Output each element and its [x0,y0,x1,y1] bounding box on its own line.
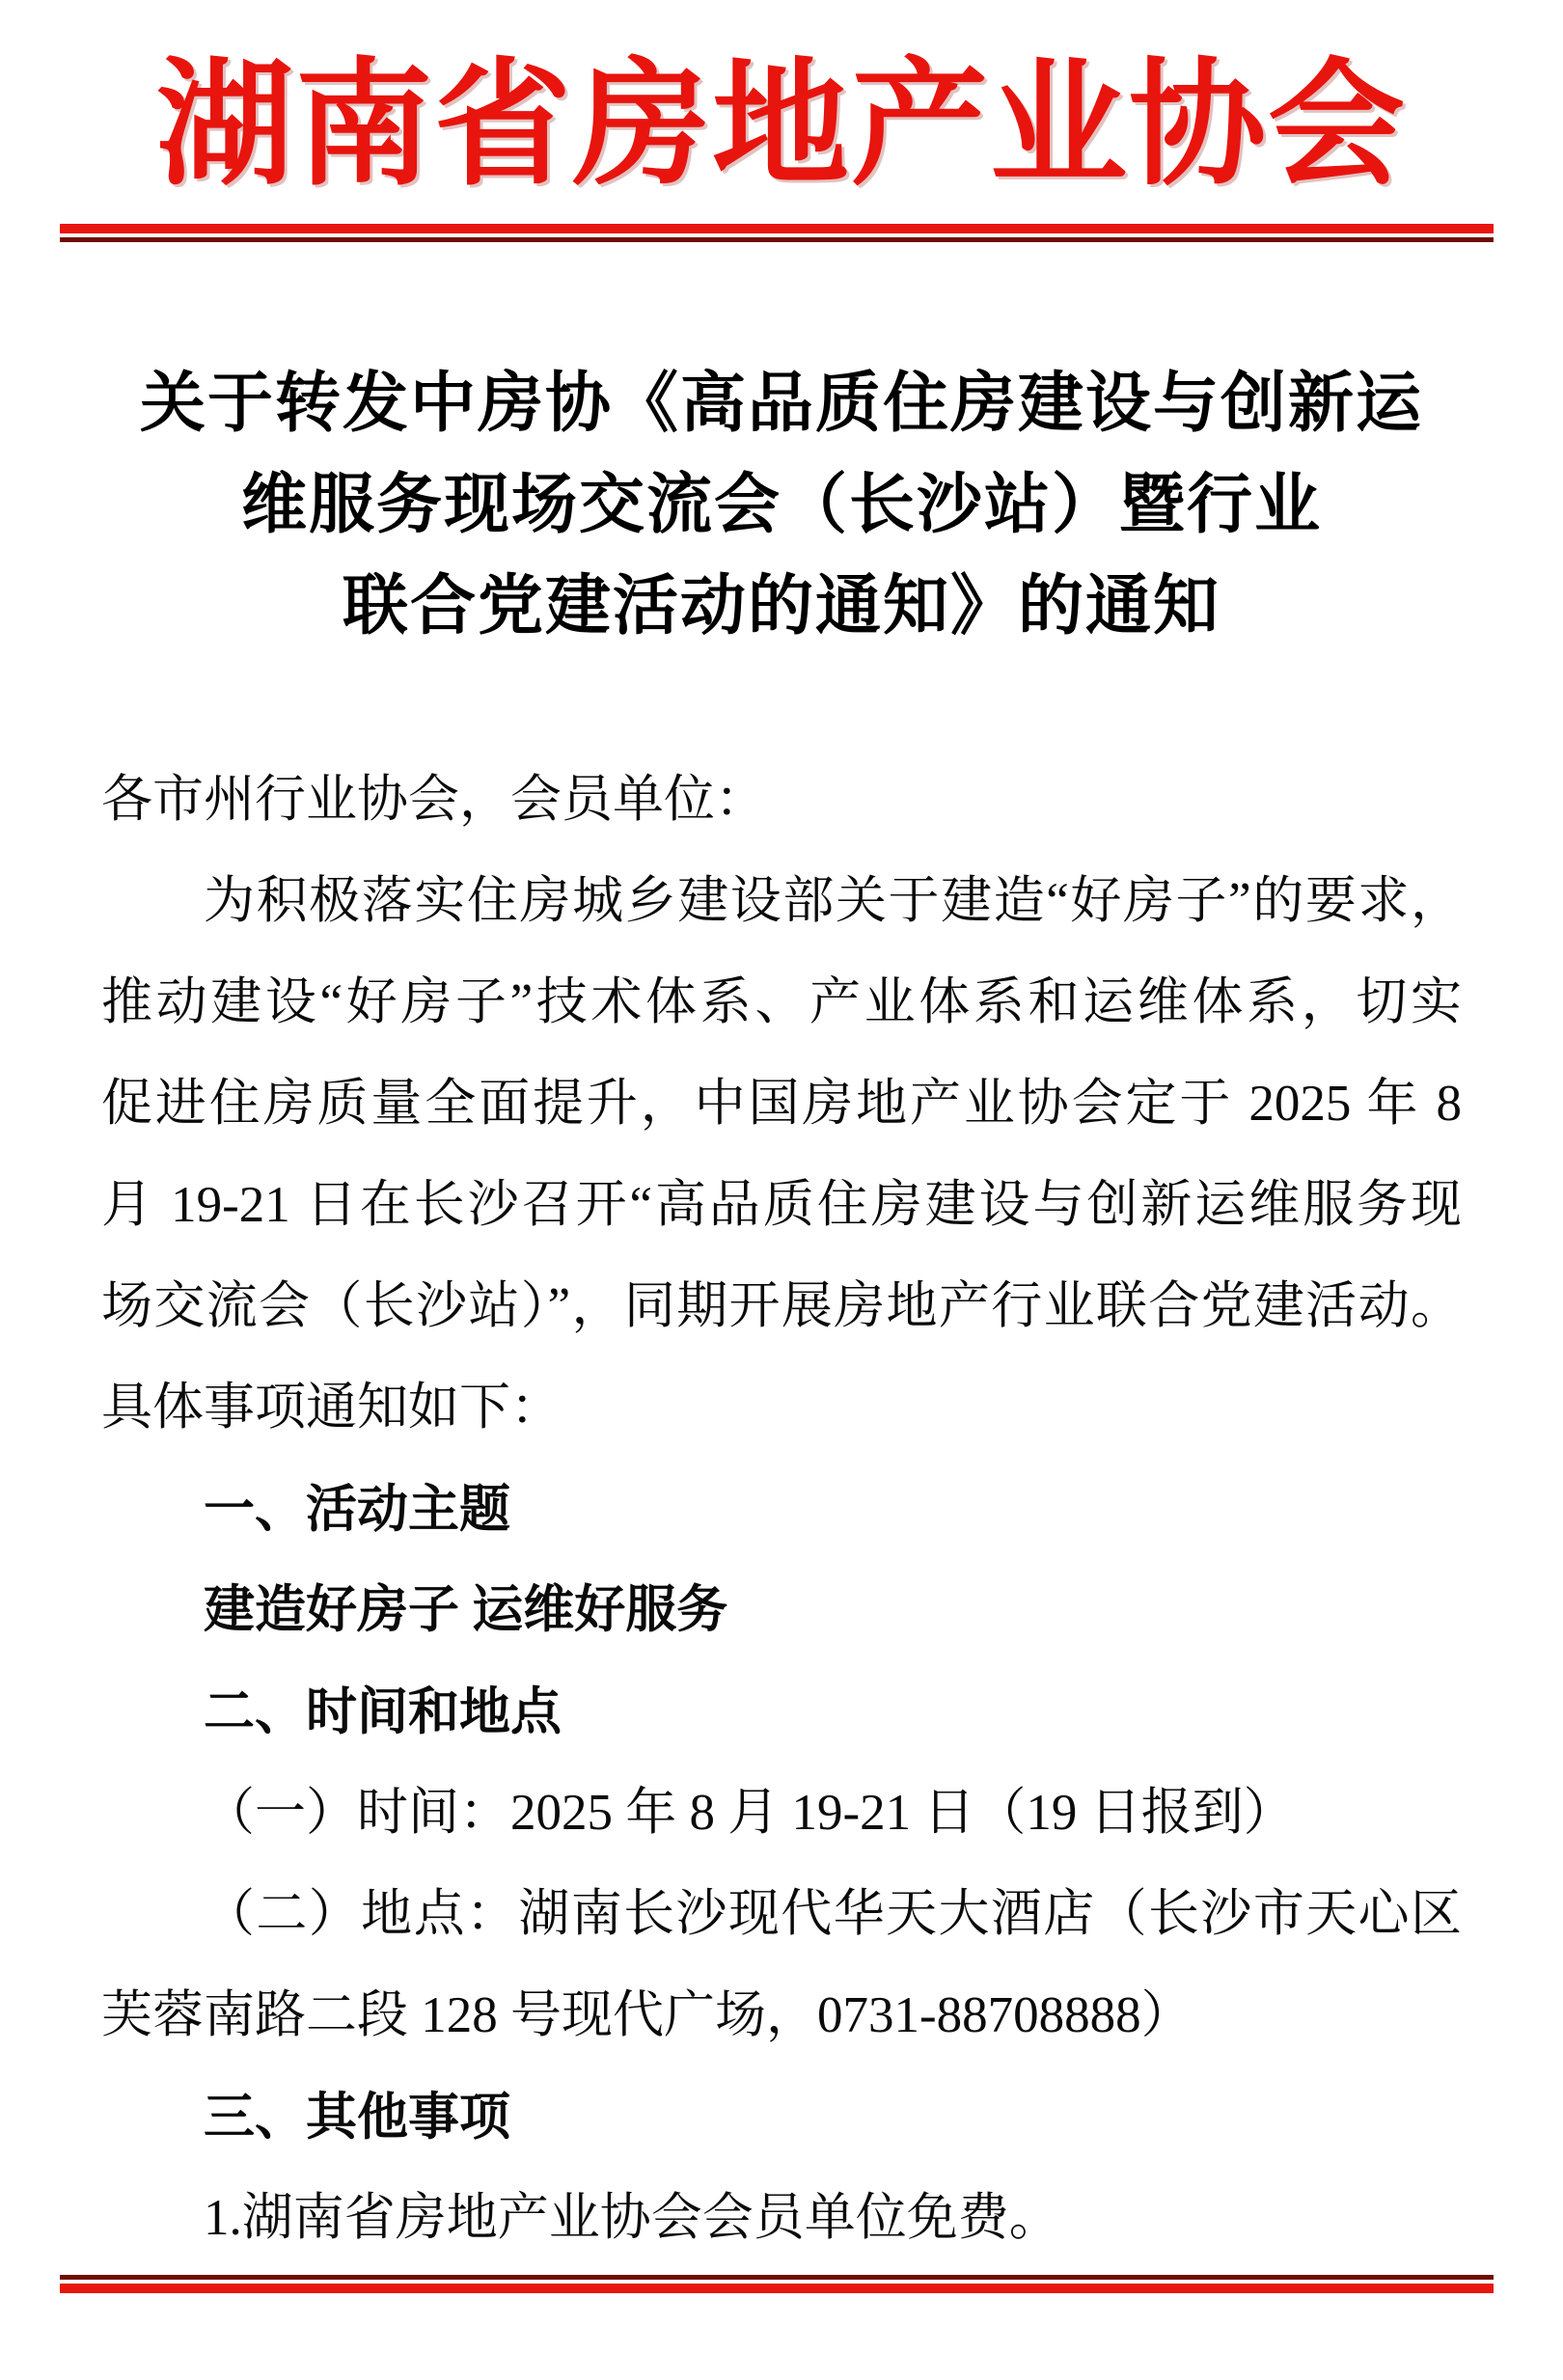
doc-title-line-1: 关于转发中房协《高品质住房建设与创新运 [0,353,1563,454]
document-page: 湖南省房地产业协会 关于转发中房协《高品质住房建设与创新运 维服务现场交流会（长… [0,0,1563,2380]
org-name: 湖南省房地产业协会 [0,29,1563,222]
doc-title-line-3: 联合党建活动的通知》的通知 [0,556,1563,657]
section-heading-2: 二、时间和地点 [101,1661,1462,1763]
doc-body: 各市州行业协会，会员单位： 为积极落实住房城乡建设部关于建造“好房子”的要求， … [0,750,1563,2269]
theme-line: 建造好房子 运维好服务 [101,1560,1462,1661]
body-line: 场交流会（长沙站）”，同期开展房地产行业联合党建活动。 [101,1256,1462,1357]
fee-line: 1.湖南省房地产业协会会员单位免费。 [101,2168,1462,2269]
section-heading-3: 三、其他事项 [101,2066,1462,2168]
venue-line: （二）地点：湖南长沙现代华天大酒店（长沙市天心区 [101,1864,1462,1965]
doc-title: 关于转发中房协《高品质住房建设与创新运 维服务现场交流会（长沙站）暨行业 联合党… [0,353,1563,657]
venue-line-cont: 芙蓉南路二段 128 号现代广场，0731-88708888） [101,1965,1462,2066]
header-divider [60,224,1494,242]
body-line: 具体事项通知如下： [101,1357,1462,1459]
body-line: 为积极落实住房城乡建设部关于建造“好房子”的要求， [101,851,1462,952]
time-line: （一）时间：2025 年 8 月 19-21 日（19 日报到） [101,1763,1462,1864]
salutation: 各市州行业协会，会员单位： [101,750,1462,851]
header-rule-thick [60,224,1494,233]
footer-rule-thick [60,2284,1494,2293]
doc-title-line-2: 维服务现场交流会（长沙站）暨行业 [0,454,1563,556]
body-line: 月 19-21 日在长沙召开“高品质住房建设与创新运维服务现 [101,1155,1462,1256]
body-line: 促进住房质量全面提升，中国房地产业协会定于 2025 年 8 [101,1053,1462,1155]
section-heading-1: 一、活动主题 [101,1459,1462,1560]
footer-divider [60,2275,1494,2293]
body-line: 推动建设“好房子”技术体系、产业体系和运维体系，切实 [101,952,1462,1053]
header-rule-thin [60,237,1494,242]
